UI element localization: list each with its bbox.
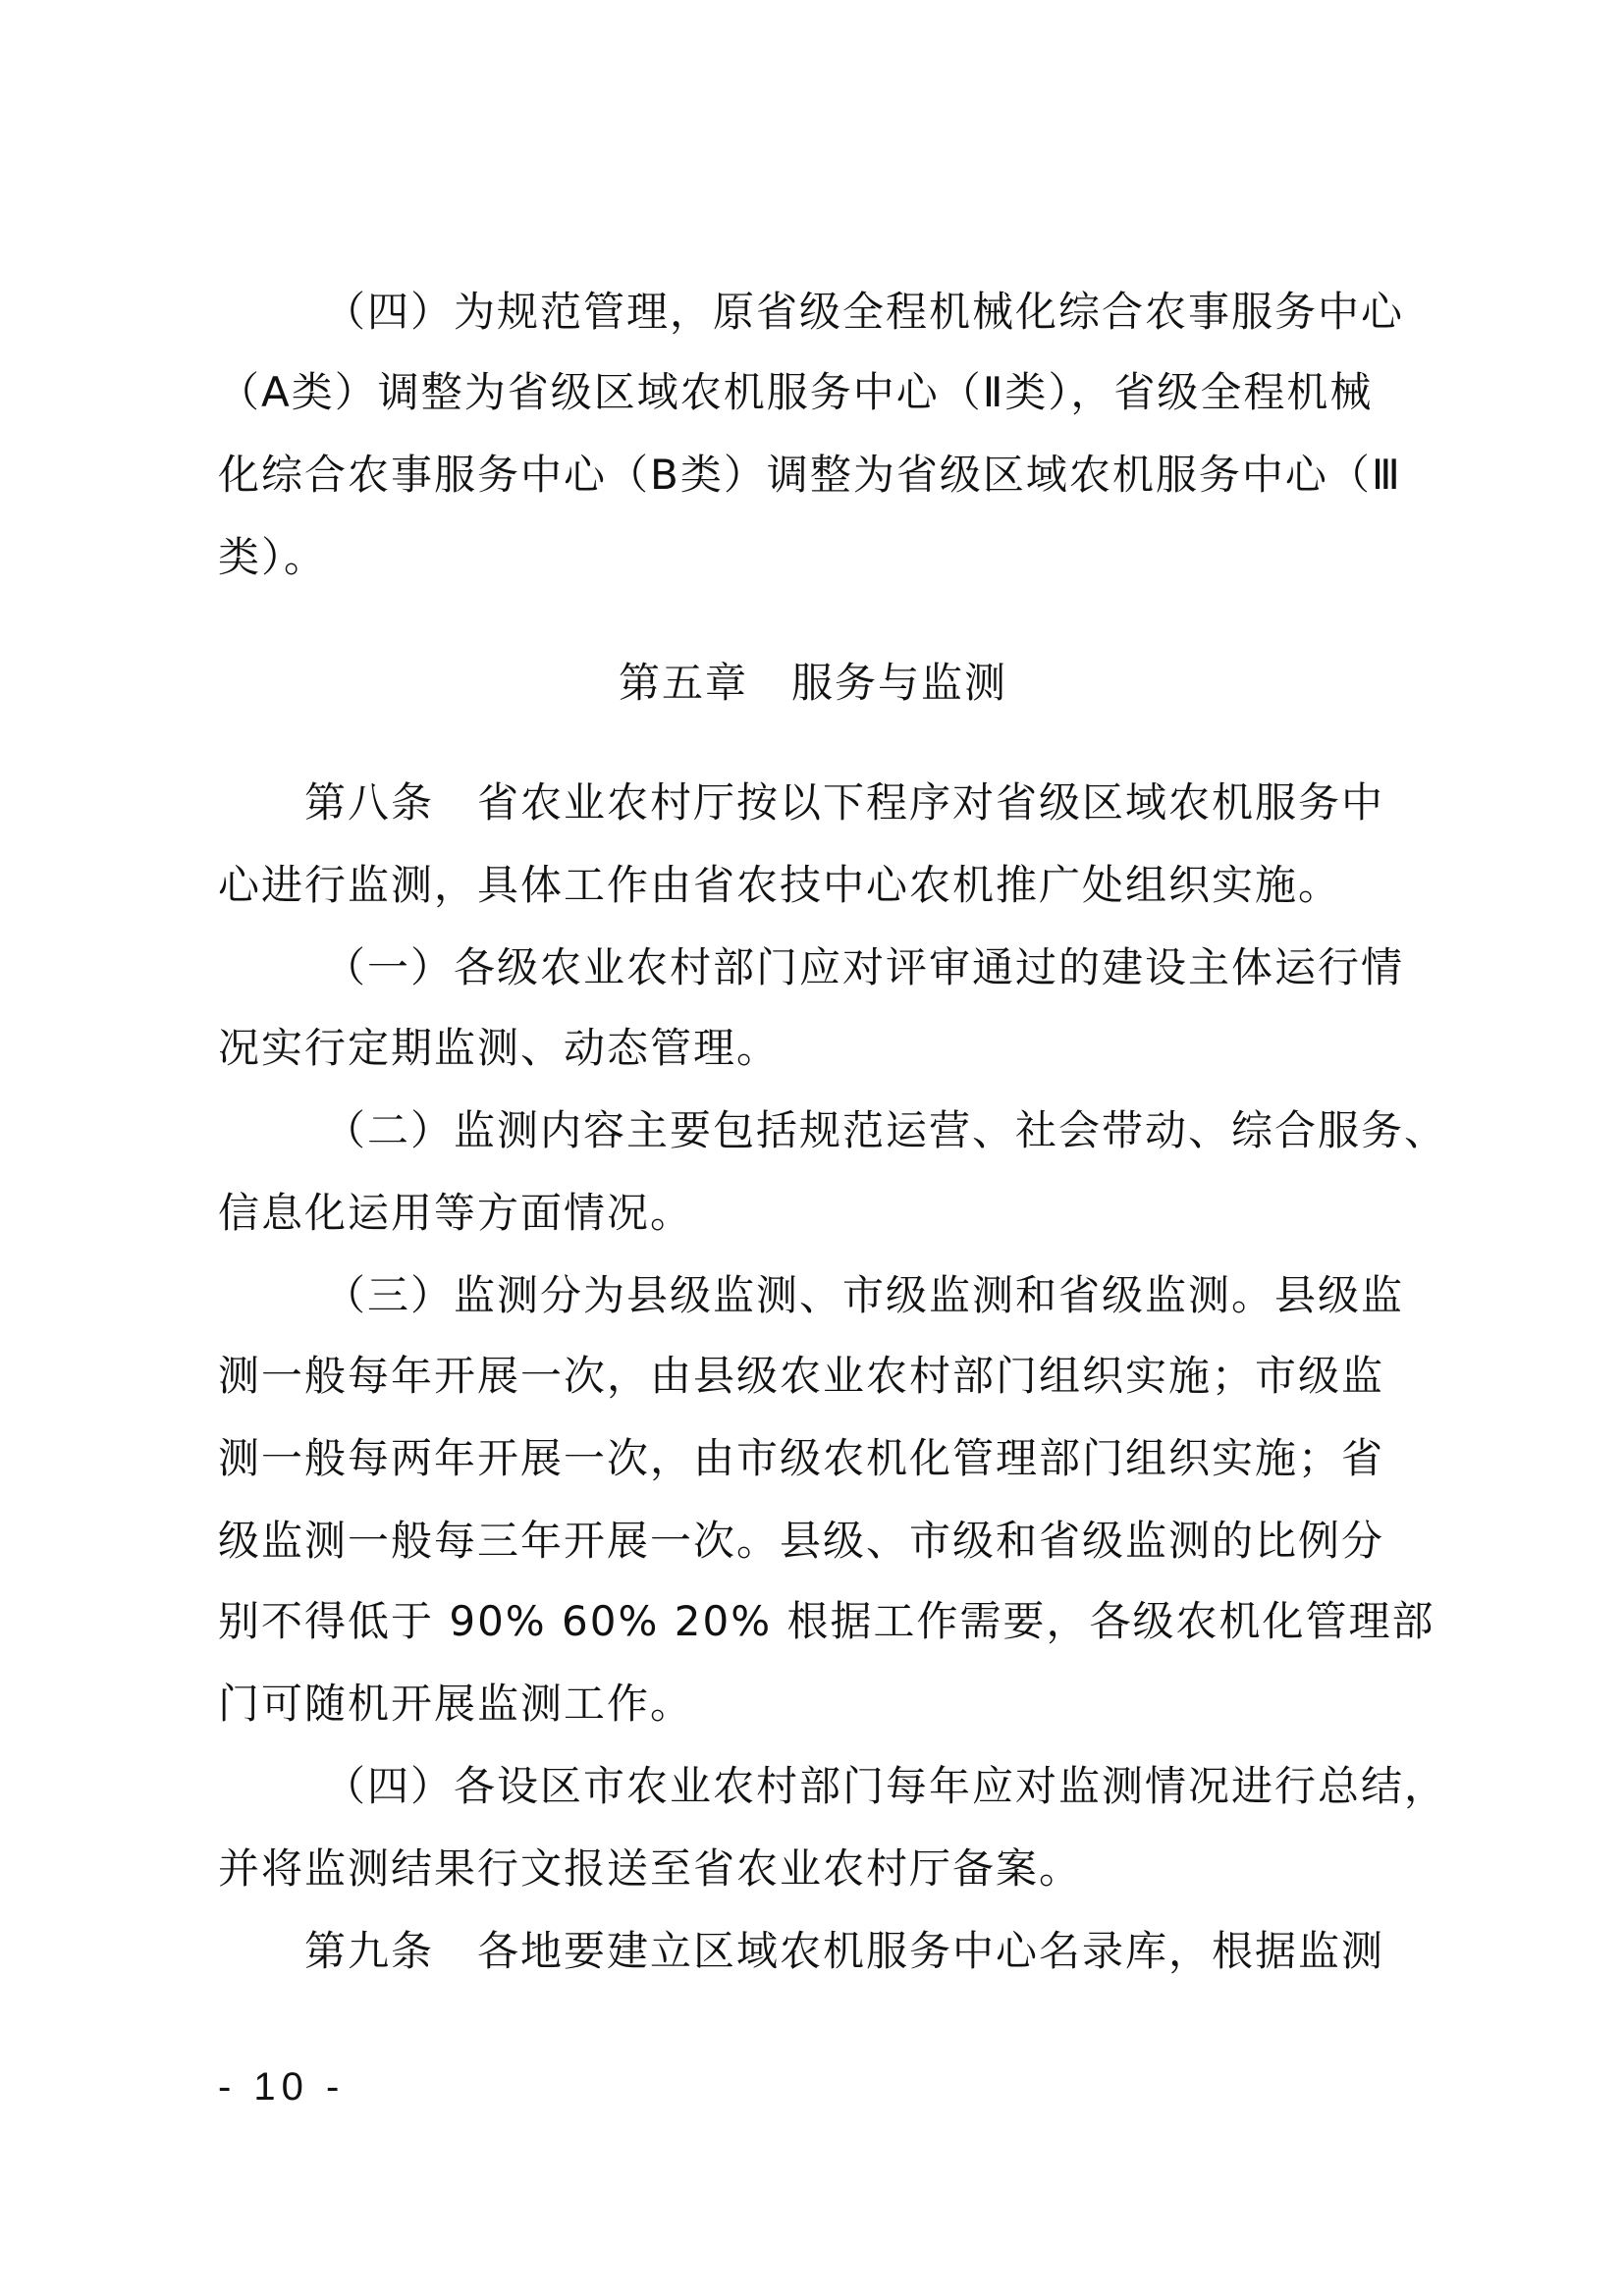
text-line: （四）各设区市农业农村部门每年应对监测情况进行总结， xyxy=(324,1759,1447,1814)
text-line: （一）各级农业农村部门应对评审通过的建设主体运行情 xyxy=(324,940,1404,995)
text-line: 第九条 各地要建立区域农机服务中心名录库，根据监测 xyxy=(304,1924,1384,1979)
text-line: 测一般每两年开展一次，由市级农机化管理部门组织实施；省 xyxy=(218,1431,1384,1486)
text-line: 并将监测结果行文报送至省农业农村厅备案。 xyxy=(218,1842,1082,1896)
text-line: 门可随机开展监测工作。 xyxy=(218,1677,693,1732)
text-line: 信息化运用等方面情况。 xyxy=(218,1186,693,1241)
text-line: （二）监测内容主要包括规范运营、社会带动、综合服务、 xyxy=(324,1103,1447,1158)
text-line: 况实行定期监测、动态管理。 xyxy=(218,1021,780,1076)
text-line: 第八条 省农业农村厅按以下程序对省级区域农机服务中 xyxy=(304,775,1384,830)
chapter-heading: 第五章 服务与监测 xyxy=(619,656,1007,711)
text-line: （三）监测分为县级监测、市级监测和省级监测。县级监 xyxy=(324,1268,1404,1323)
text-line: （A类）调整为省级区域农机服务中心（Ⅱ类），省级全程机械 xyxy=(218,365,1373,420)
text-line: 类）。 xyxy=(218,530,327,585)
text-line: 测一般每年开展一次，由县级农业农村部门组织实施；市级监 xyxy=(218,1349,1384,1404)
text-line: 心进行监测，具体工作由省农技中心农机推广处组织实施。 xyxy=(218,858,1341,913)
text-line: （四）为规范管理，原省级全程机械化综合农事服务中心 xyxy=(324,285,1404,340)
text-line: 化综合农事服务中心（B类）调整为省级区域农机服务中心（Ⅲ xyxy=(218,448,1402,503)
page-number: - 10 - xyxy=(218,2065,345,2109)
text-line: 级监测一般每三年开展一次。县级、市级和省级监测的比例分 xyxy=(218,1514,1384,1569)
text-line: 别不得低于 90% 60% 20% 根据工作需要，各级农机化管理部 xyxy=(218,1594,1435,1649)
